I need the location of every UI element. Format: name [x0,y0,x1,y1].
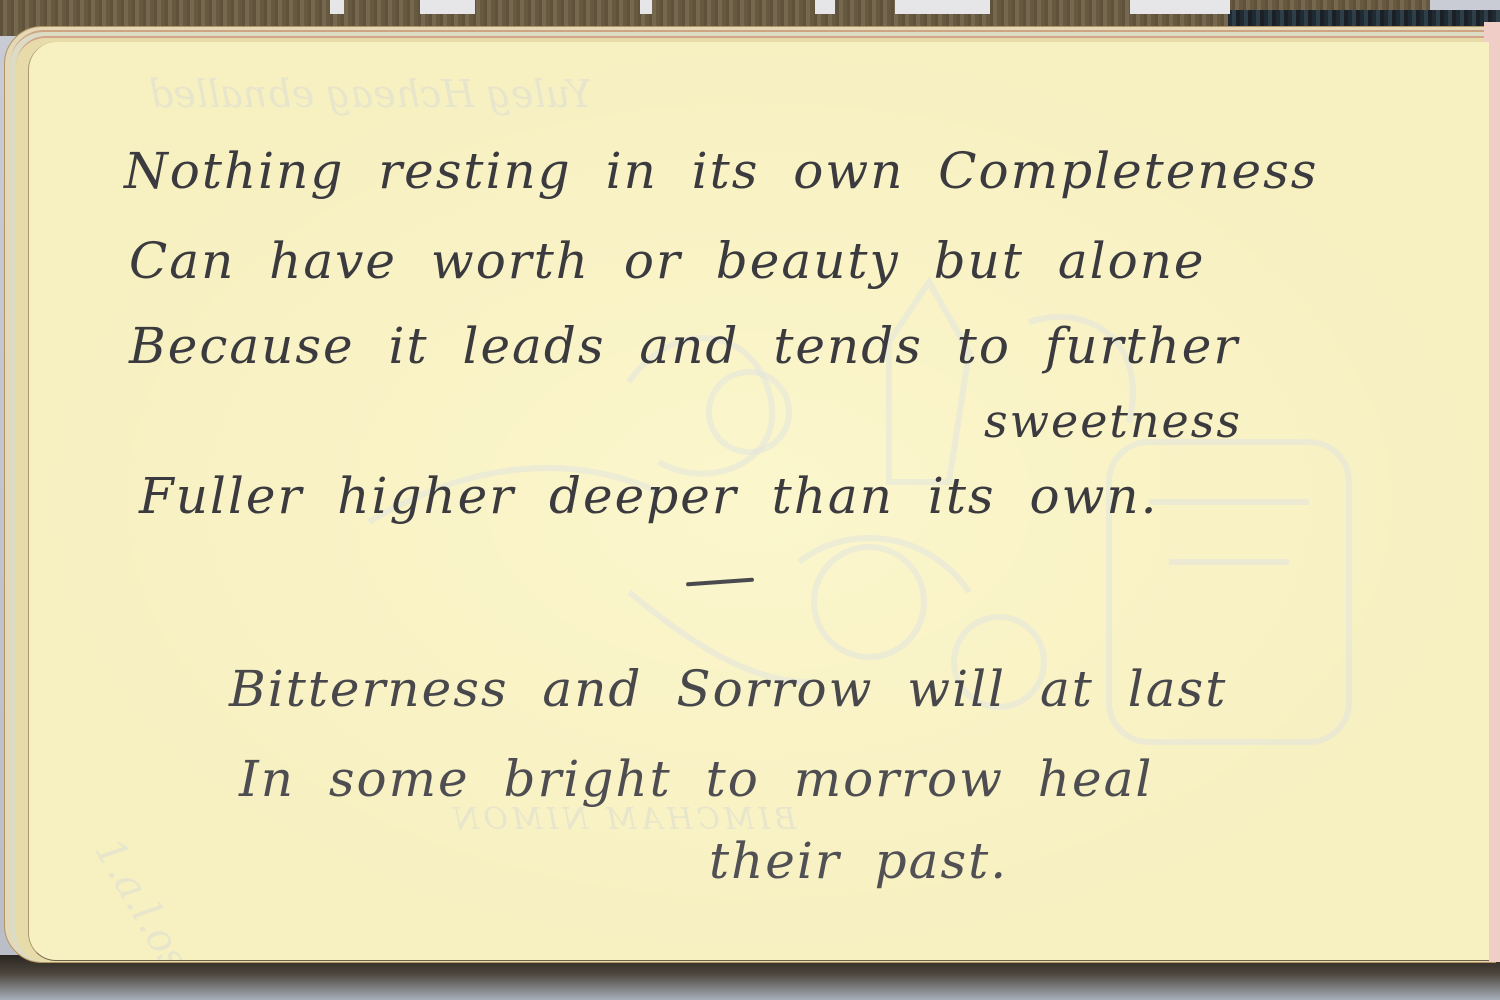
album-page: Yuleg Hcheag ebnalled BIMCHAM NIMON 1.a.… [28,42,1489,961]
show-through-text: 1.a.l.os [85,831,197,961]
cover-tear [420,0,475,14]
cover-tear [330,0,344,14]
cover-tear [640,0,652,14]
stanza-separator-dash [686,578,754,587]
handwritten-line: Nothing resting in its own Completeness [124,142,1318,200]
handwritten-line: Because it leads and tends to further [129,317,1239,375]
handwritten-line-continuation: sweetness [984,394,1242,448]
show-through-text: Yuleg Hcheag ebnalled [149,72,592,116]
cover-tear [895,0,990,14]
handwritten-line: their past. [709,832,1008,890]
handwritten-line: Fuller higher deeper than its own. [139,467,1158,525]
handwritten-line: Bitterness and Sorrow will at last [229,660,1227,718]
cover-tear [1130,0,1230,14]
handwritten-line: Can have worth or beauty but alone [129,232,1206,290]
handwritten-line: In some bright to morrow heal [239,750,1153,808]
cover-tear [815,0,835,14]
